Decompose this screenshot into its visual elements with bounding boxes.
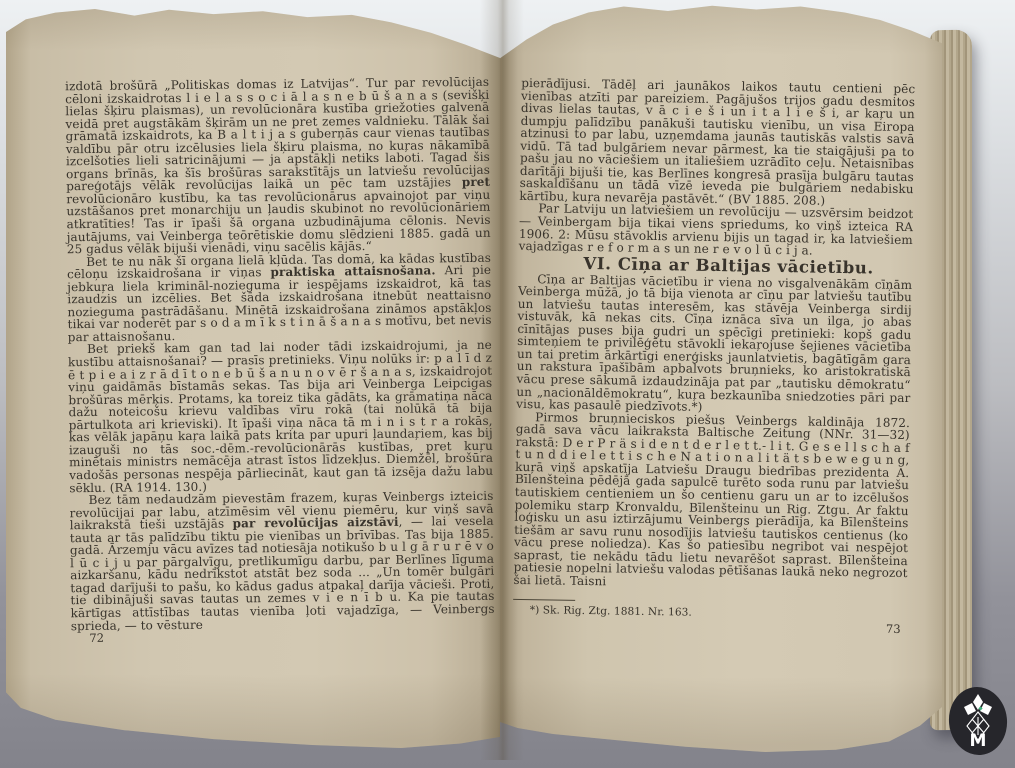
paragraph-text: pierādījusi. Tādēļ ari jaunākos laikos t…: [519, 76, 915, 208]
right-page: pierādījusi. Tādēļ ari jaunākos laikos t…: [500, 2, 942, 752]
paragraph: Par Latviju un latviešiem un revolūciju …: [519, 202, 914, 258]
paragraph-text: Cīņa ar Baltijas vācietību ir viena no v…: [516, 272, 912, 414]
paragraph: Cīņa ar Baltijas vācietību ir viena no v…: [516, 273, 912, 417]
footnote-rule: [513, 599, 575, 601]
paragraph-text: Pirmos bruņnieciskos piešus Veinbergs ka…: [513, 410, 910, 588]
paragraph: Bez tām nedaudzām pievestām frazem, kuŗa…: [69, 490, 494, 632]
left-page: izdotā brošūrā „Politiskas domas iz Latv…: [6, 6, 500, 748]
paragraph: izdotā brošūrā „Politiskas domas iz Latv…: [65, 76, 491, 256]
paragraph: Bet te nu nāk šī organa lielā kļūda. Tas…: [67, 251, 492, 343]
paragraph-text: Bet priekš kam gan tad lai noder tādi iz…: [68, 338, 493, 494]
watermark-logo: M: [948, 686, 1008, 756]
paragraph: Bet priekš kam gan tad lai noder tādi iz…: [68, 339, 494, 494]
book-photo: izdotā brošūrā „Politiskas domas iz Latv…: [0, 0, 1015, 768]
right-page-text: pierādījusi. Tādēļ ari jaunākos laikos t…: [513, 77, 916, 636]
paragraph: pierādījusi. Tādēļ ari jaunākos laikos t…: [519, 77, 915, 209]
watermark-letter: M: [970, 731, 987, 751]
paragraph-text: , — lai vesela tauta ar tās palīdzību ti…: [70, 514, 495, 633]
paragraph-text: izdotā brošūrā „Politiskas domas iz Latv…: [65, 75, 490, 194]
paragraph: Pirmos bruņnieciskos piešus Veinbergs ka…: [513, 411, 910, 593]
watermark-logo-icon: M: [948, 686, 1008, 756]
left-page-text: izdotā brošūrā „Politiskas domas iz Latv…: [65, 76, 495, 645]
paragraph-text: Par Latviju un latviešiem un revolūciju …: [519, 202, 914, 258]
paragraph-text: revolūcionāro kustību, ka tas revolūcion…: [66, 188, 491, 257]
